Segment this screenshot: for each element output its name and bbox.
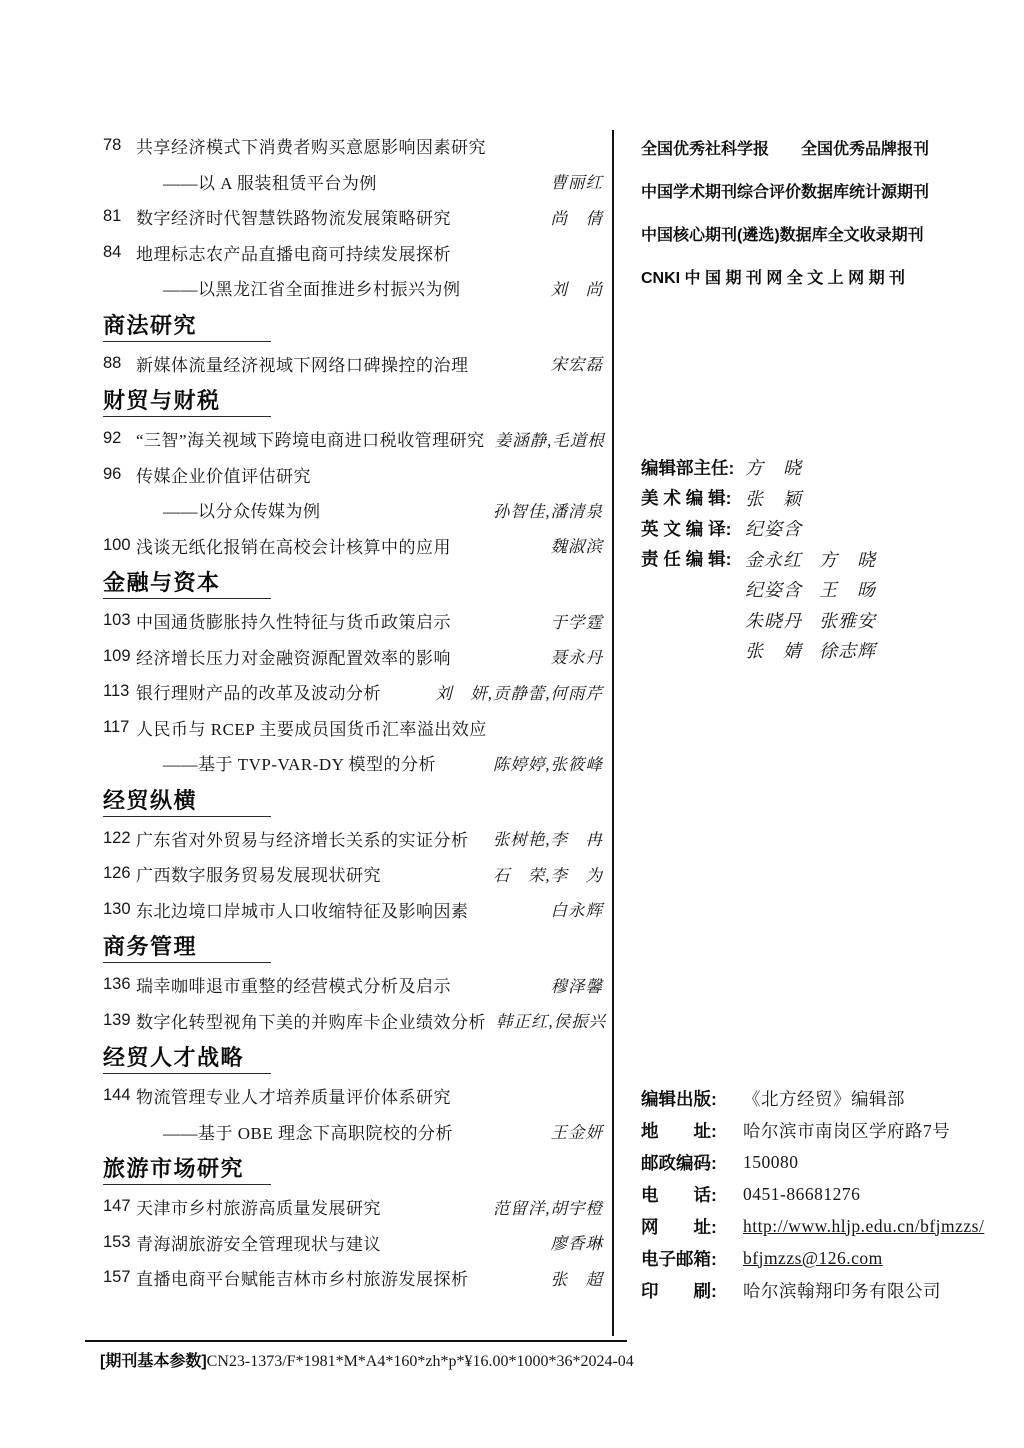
page-number: 147 — [103, 1197, 136, 1216]
section-heading: 金融与资本 — [103, 563, 603, 603]
article-title: 直播电商平台赋能吉林市乡村旅游发展探析 — [136, 1265, 541, 1290]
toc-row: 130东北边境口岸城市人口收缩特征及影响因素白永辉 — [103, 892, 603, 928]
article-title: 广东省对外贸易与经济增长关系的实证分析 — [136, 826, 483, 851]
journal-toc-page: 78共享经济模式下消费者购买意愿影响因素研究——以 A 服装租赁平台为例曹丽红8… — [0, 0, 1024, 1448]
toc-row: 117人民币与 RCEP 主要成员国货币汇率溢出效应 — [103, 710, 603, 746]
section-heading: 旅游市场研究 — [103, 1149, 603, 1189]
article-title: 广西数字服务贸易发展现状研究 — [136, 861, 483, 886]
article-title: 经济增长压力对金融资源配置效率的影响 — [136, 644, 541, 669]
staff-row: 纪姿含王 旸 — [641, 574, 951, 605]
page-number: 122 — [103, 829, 136, 848]
page-number: 139 — [103, 1011, 136, 1030]
section-heading: 经贸人才战略 — [103, 1038, 603, 1078]
article-authors: 张 超 — [541, 1266, 604, 1290]
page-number: 113 — [103, 682, 136, 701]
page-number: 92 — [103, 429, 136, 448]
toc-row: 147天津市乡村旅游高质量发展研究范留洋,胡宇橙 — [103, 1189, 603, 1225]
staff-name: 王 旸 — [819, 576, 876, 602]
article-subtitle: ——以分众传媒为例 — [103, 497, 483, 522]
toc-row: 96传媒企业价值评估研究 — [103, 457, 603, 493]
contact-value: 哈尔滨市南岗区学府路7号 — [743, 1118, 950, 1143]
article-title: 物流管理专业人才培养质量评价体系研究 — [136, 1083, 593, 1108]
article-title: 传媒企业价值评估研究 — [136, 462, 593, 487]
article-authors: 魏淑滨 — [541, 533, 604, 557]
staff-role-label: 责 任 编 辑: — [641, 546, 745, 571]
article-title: 中国通货膨胀持久性特征与货币政策启示 — [136, 608, 541, 633]
footer-rule — [85, 1340, 627, 1342]
staff-name: 朱晓丹 — [745, 607, 819, 633]
page-number: 100 — [103, 536, 136, 555]
section-heading: 商法研究 — [103, 306, 603, 346]
article-title: 共享经济模式下消费者购买意愿影响因素研究 — [136, 133, 593, 158]
page-number: 130 — [103, 900, 136, 919]
staff-name: 张 颖 — [745, 485, 819, 511]
staff-row: 朱晓丹张雅安 — [641, 605, 951, 636]
page-number: 96 — [103, 465, 136, 484]
article-authors: 张树艳,李 冉 — [483, 826, 603, 850]
article-title: 瑞幸咖啡退市重整的经营模式分析及启示 — [136, 972, 541, 997]
article-authors: 曹丽红 — [541, 169, 604, 193]
article-authors: 穆泽馨 — [541, 973, 604, 997]
contact-row: 地 址:哈尔滨市南岗区学府路7号 — [641, 1114, 971, 1146]
staff-row: 责 任 编 辑:金永红方 晓 — [641, 544, 951, 575]
staff-name: 张雅安 — [819, 607, 876, 633]
accolade-line: 中国学术期刊综合评价数据库统计源期刊 — [641, 169, 933, 212]
accolades-block: 全国优秀社科学报 全国优秀品牌报刊中国学术期刊综合评价数据库统计源期刊中国核心期… — [641, 126, 933, 298]
contact-row: 网 址:http://www.hljp.edu.cn/bfjmzzs/ — [641, 1210, 971, 1242]
contact-label: 编辑出版: — [641, 1086, 743, 1111]
section-heading: 经贸纵横 — [103, 781, 603, 821]
article-authors: 王金妍 — [541, 1119, 604, 1143]
toc-row: 88新媒体流量经济视域下网络口碑操控的治理宋宏磊 — [103, 346, 603, 382]
toc-row: ——基于 TVP-VAR-DY 模型的分析陈婷婷,张筱峰 — [103, 745, 603, 781]
toc-row: 157直播电商平台赋能吉林市乡村旅游发展探析张 超 — [103, 1260, 603, 1296]
staff-row: 编辑部主任:方 晓 — [641, 452, 951, 483]
article-authors: 韩正红,侯振兴 — [486, 1008, 606, 1032]
staff-row: 美 术 编 辑:张 颖 — [641, 483, 951, 514]
toc: 78共享经济模式下消费者购买意愿影响因素研究——以 A 服装租赁平台为例曹丽红8… — [103, 128, 603, 1296]
page-number: 109 — [103, 647, 136, 666]
toc-row: 84地理标志农产品直播电商可持续发展探析 — [103, 235, 603, 271]
toc-row: 122广东省对外贸易与经济增长关系的实证分析张树艳,李 冉 — [103, 821, 603, 857]
contact-value: 150080 — [743, 1152, 799, 1173]
section-heading-label: 商法研究 — [103, 309, 197, 340]
column-divider-line — [612, 130, 614, 1336]
page-number: 103 — [103, 611, 136, 630]
page-number: 117 — [103, 718, 136, 737]
toc-row: 139数字化转型视角下美的并购库卡企业绩效分析韩正红,侯振兴 — [103, 1003, 603, 1039]
staff-row: 英 文 编 译:纪姿含 — [641, 513, 951, 544]
article-subtitle: ——以黑龙江省全面推进乡村振兴为例 — [103, 275, 541, 300]
page-number: 157 — [103, 1268, 136, 1287]
email-link[interactable]: bfjmzzs@126.com — [743, 1248, 883, 1269]
toc-row: 100浅谈无纸化报销在高校会计核算中的应用魏淑滨 — [103, 528, 603, 564]
toc-row: 113银行理财产品的改革及波动分析刘 妍,贡静蕾,何雨芹 — [103, 674, 603, 710]
toc-row: 126广西数字服务贸易发展现状研究石 荣,李 为 — [103, 856, 603, 892]
contact-row: 印 刷:哈尔滨翰翔印务有限公司 — [641, 1274, 971, 1306]
section-heading-label: 经贸纵横 — [103, 784, 197, 815]
article-title: 新媒体流量经济视域下网络口碑操控的治理 — [136, 351, 541, 376]
contact-row: 电子邮箱:bfjmzzs@126.com — [641, 1242, 971, 1274]
article-authors: 尚 倩 — [541, 205, 604, 229]
staff-name: 方 晓 — [819, 546, 876, 572]
article-authors: 廖香琳 — [541, 1230, 604, 1254]
staff-name: 纪姿含 — [745, 515, 819, 541]
article-authors: 聂永丹 — [541, 644, 604, 668]
staff-name: 张 婧 — [745, 637, 819, 663]
toc-row: 136瑞幸咖啡退市重整的经营模式分析及启示穆泽馨 — [103, 967, 603, 1003]
section-heading: 商务管理 — [103, 927, 603, 967]
article-authors: 白永辉 — [541, 897, 604, 921]
article-authors: 孙智佳,潘清泉 — [483, 498, 603, 522]
contact-value: 0451-86681276 — [743, 1184, 860, 1205]
staff-name: 纪姿含 — [745, 576, 819, 602]
contact-info-block: 编辑出版:《北方经贸》编辑部地 址:哈尔滨市南岗区学府路7号邮政编码:15008… — [641, 1082, 971, 1306]
article-subtitle: ——以 A 服装租赁平台为例 — [103, 169, 541, 194]
article-title: 数字化转型视角下美的并购库卡企业绩效分析 — [136, 1008, 486, 1033]
article-authors: 宋宏磊 — [541, 351, 604, 375]
contact-value: 哈尔滨翰翔印务有限公司 — [743, 1278, 941, 1303]
article-title: “三智”海关视域下跨境电商进口税收管理研究 — [136, 426, 485, 451]
article-authors: 姜涵静,毛道根 — [485, 427, 605, 451]
staff-role-label: 编辑部主任: — [641, 455, 745, 480]
page-number: 144 — [103, 1086, 136, 1105]
toc-row: ——以 A 服装租赁平台为例曹丽红 — [103, 164, 603, 200]
article-title: 银行理财产品的改革及波动分析 — [136, 679, 425, 704]
contact-label: 电 话: — [641, 1182, 743, 1207]
params-label: [期刊基本参数] — [100, 1353, 207, 1370]
staff-name: 徐志辉 — [819, 637, 876, 663]
toc-row: ——以分众传媒为例孙智佳,潘清泉 — [103, 492, 603, 528]
accolade-line: CNKI 中 国 期 刊 网 全 文 上 网 期 刊 — [641, 255, 933, 298]
section-heading-label: 财贸与财税 — [103, 384, 221, 415]
page-number: 78 — [103, 136, 136, 155]
page-number: 153 — [103, 1233, 136, 1252]
article-title: 天津市乡村旅游高质量发展研究 — [136, 1194, 483, 1219]
page-number: 81 — [103, 207, 136, 226]
accolade-line: 中国核心期刊(遴选)数据库全文收录期刊 — [641, 212, 933, 255]
page-number: 126 — [103, 864, 136, 883]
toc-row: 92“三智”海关视域下跨境电商进口税收管理研究姜涵静,毛道根 — [103, 421, 603, 457]
article-title: 人民币与 RCEP 主要成员国货币汇率溢出效应 — [136, 715, 593, 740]
staff-row: 张 婧徐志辉 — [641, 635, 951, 666]
section-heading: 财贸与财税 — [103, 381, 603, 421]
toc-row: 144物流管理专业人才培养质量评价体系研究 — [103, 1078, 603, 1114]
article-authors: 石 荣,李 为 — [483, 862, 603, 886]
toc-row: 103中国通货膨胀持久性特征与货币政策启示于学霆 — [103, 603, 603, 639]
toc-row: ——基于 OBE 理念下高职院校的分析王金妍 — [103, 1114, 603, 1150]
section-heading-label: 金融与资本 — [103, 566, 221, 597]
contact-value: 《北方经贸》编辑部 — [743, 1086, 905, 1111]
article-authors: 刘 尚 — [541, 276, 604, 300]
contact-label: 电子邮箱: — [641, 1246, 743, 1271]
journal-params: [期刊基本参数]CN23-1373/F*1981*M*A4*160*zh*p*¥… — [100, 1348, 640, 1371]
page-number: 136 — [103, 975, 136, 994]
article-title: 浅谈无纸化报销在高校会计核算中的应用 — [136, 533, 541, 558]
website-link[interactable]: http://www.hljp.edu.cn/bfjmzzs/ — [743, 1216, 984, 1237]
contact-label: 印 刷: — [641, 1278, 743, 1303]
toc-row: ——以黑龙江省全面推进乡村振兴为例刘 尚 — [103, 270, 603, 306]
toc-row: 78共享经济模式下消费者购买意愿影响因素研究 — [103, 128, 603, 164]
contact-label: 地 址: — [641, 1118, 743, 1143]
accolade-line: 全国优秀社科学报 全国优秀品牌报刊 — [641, 126, 933, 169]
toc-row: 81数字经济时代智慧铁路物流发展策略研究尚 倩 — [103, 199, 603, 235]
article-title: 数字经济时代智慧铁路物流发展策略研究 — [136, 204, 541, 229]
article-authors: 范留洋,胡宇橙 — [483, 1195, 603, 1219]
contact-row: 编辑出版:《北方经贸》编辑部 — [641, 1082, 971, 1114]
contact-label: 邮政编码: — [641, 1150, 743, 1175]
article-title: 地理标志农产品直播电商可持续发展探析 — [136, 240, 593, 265]
page-number: 88 — [103, 354, 136, 373]
article-subtitle: ——基于 OBE 理念下高职院校的分析 — [103, 1119, 541, 1144]
article-authors: 于学霆 — [541, 609, 604, 633]
toc-row: 109经济增长压力对金融资源配置效率的影响聂永丹 — [103, 639, 603, 675]
page-number: 84 — [103, 243, 136, 262]
article-subtitle: ——基于 TVP-VAR-DY 模型的分析 — [103, 750, 483, 775]
staff-name: 金永红 — [745, 546, 819, 572]
article-authors: 陈婷婷,张筱峰 — [483, 751, 603, 775]
params-value: CN23-1373/F*1981*M*A4*160*zh*p*¥16.00*10… — [207, 1353, 634, 1370]
article-title: 青海湖旅游安全管理现状与建议 — [136, 1230, 541, 1255]
section-heading-label: 商务管理 — [103, 930, 197, 961]
contact-label: 网 址: — [641, 1214, 743, 1239]
staff-role-label: 英 文 编 译: — [641, 516, 745, 541]
contact-row: 邮政编码:150080 — [641, 1146, 971, 1178]
contact-row: 电 话:0451-86681276 — [641, 1178, 971, 1210]
toc-row: 153青海湖旅游安全管理现状与建议廖香琳 — [103, 1225, 603, 1261]
article-title: 东北边境口岸城市人口收缩特征及影响因素 — [136, 897, 541, 922]
editorial-staff-block: 编辑部主任:方 晓美 术 编 辑:张 颖英 文 编 译:纪姿含责 任 编 辑:金… — [641, 452, 951, 666]
staff-role-label: 美 术 编 辑: — [641, 485, 745, 510]
section-heading-label: 经贸人才战略 — [103, 1041, 244, 1072]
article-authors: 刘 妍,贡静蕾,何雨芹 — [425, 680, 603, 704]
section-heading-label: 旅游市场研究 — [103, 1152, 244, 1183]
staff-name: 方 晓 — [745, 454, 819, 480]
